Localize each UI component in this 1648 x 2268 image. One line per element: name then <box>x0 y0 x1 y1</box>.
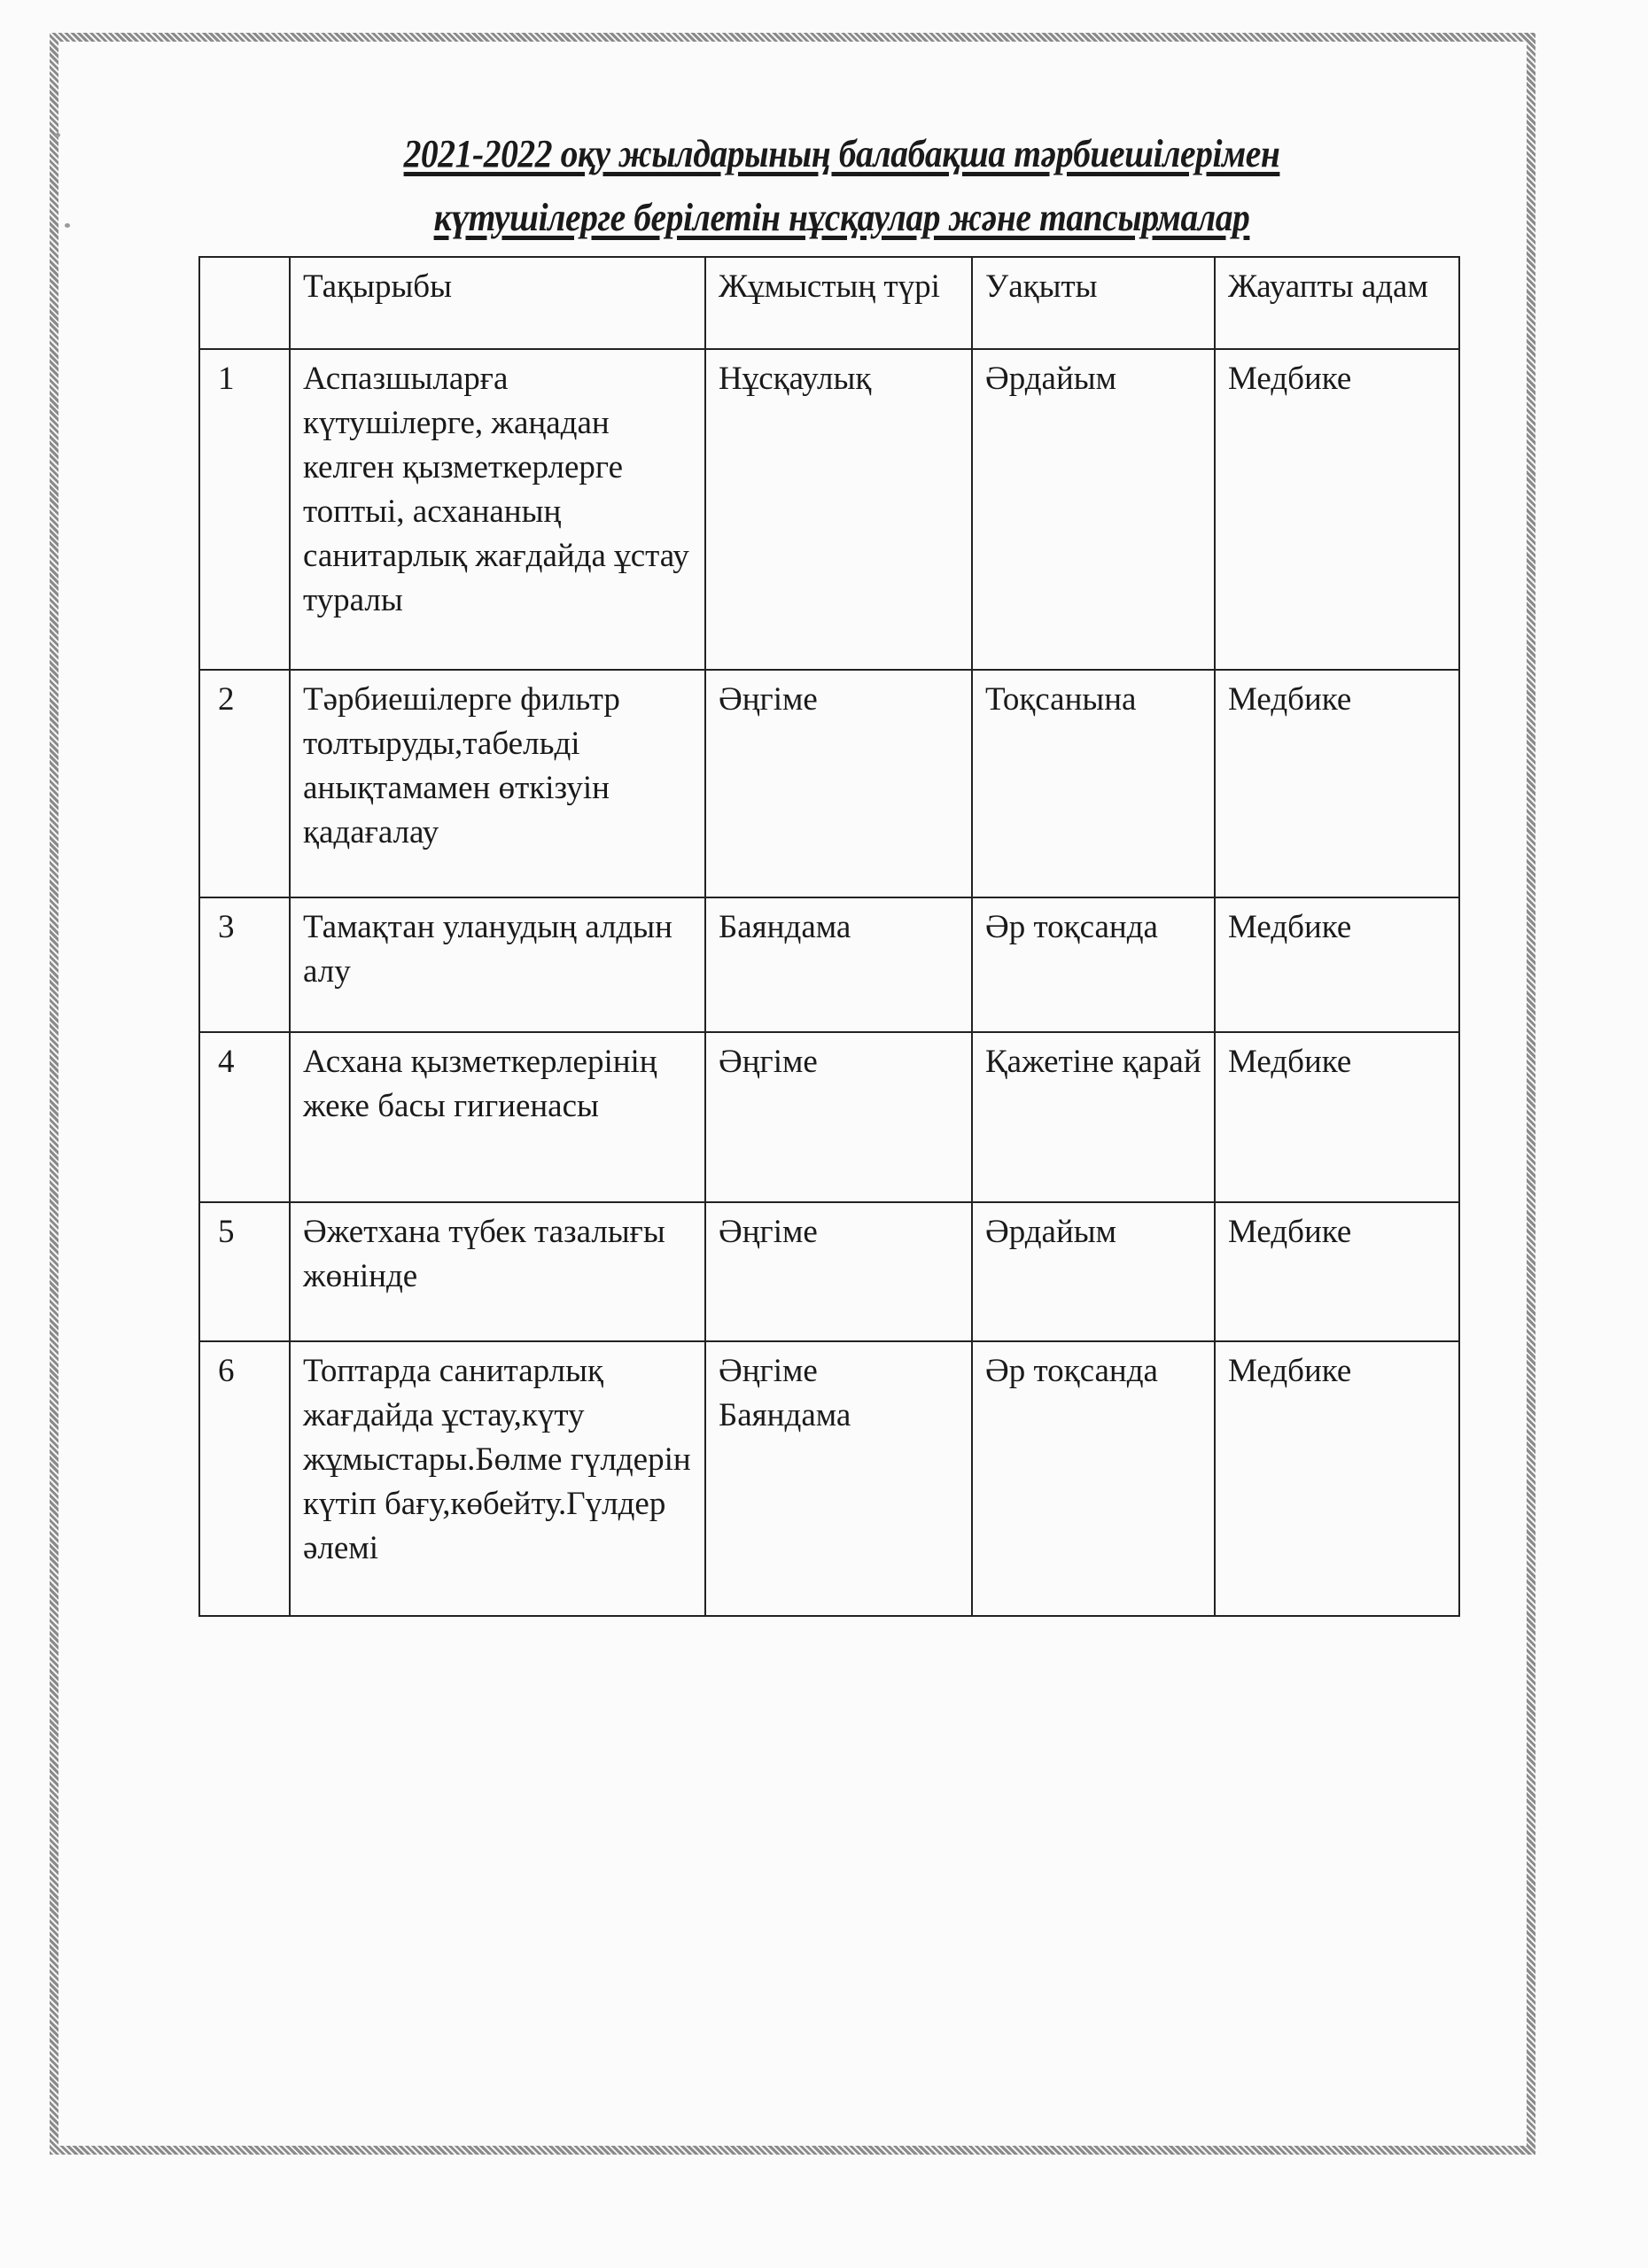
row-time: Әрдайым <box>972 349 1215 670</box>
header-work-type: Жұмыстың түрі <box>705 257 972 349</box>
row-time: Әрдайым <box>972 1202 1215 1341</box>
scan-speck <box>55 133 60 137</box>
row-topic: Топтарда санитарлық жағдайда ұстау,күту … <box>290 1341 705 1616</box>
row-number: 6 <box>199 1341 290 1616</box>
header-responsible: Жауапты адам <box>1215 257 1459 349</box>
table-row: 3 Тамақтан уланудың алдын алу Баяндама Ә… <box>199 897 1459 1032</box>
row-work-type: Баяндама <box>705 897 972 1032</box>
row-time: Әр тоқсанда <box>972 1341 1215 1616</box>
instructions-table: Тақырыбы Жұмыстың түрі Уақыты Жауапты ад… <box>198 256 1460 1617</box>
table-row: 6 Топтарда санитарлық жағдайда ұстау,күт… <box>199 1341 1459 1616</box>
row-topic: Аспазшыларға күтушілерге, жаңадан келген… <box>290 349 705 670</box>
row-work-type: Әңгіме Баяндама <box>705 1341 972 1616</box>
table-header-row: Тақырыбы Жұмыстың түрі Уақыты Жауапты ад… <box>199 257 1459 349</box>
row-number: 2 <box>199 670 290 897</box>
header-time: Уақыты <box>972 257 1215 349</box>
table-row: 1 Аспазшыларға күтушілерге, жаңадан келг… <box>199 349 1459 670</box>
row-number: 4 <box>199 1032 290 1202</box>
table-row: 2 Тәрбиешілерге фильтр толтыруды,табельд… <box>199 670 1459 897</box>
row-topic: Тамақтан уланудың алдын алу <box>290 897 705 1032</box>
header-topic: Тақырыбы <box>290 257 705 349</box>
row-responsible: Медбике <box>1215 897 1459 1032</box>
row-topic: Асхана қызметкерлерінің жеке басы гигиен… <box>290 1032 705 1202</box>
row-work-type: Әңгіме <box>705 1202 972 1341</box>
title-line-1: 2021-2022 оқу жылдарының балабақша тәрби… <box>323 122 1360 186</box>
row-responsible: Медбике <box>1215 1032 1459 1202</box>
row-work-type: Әңгіме <box>705 670 972 897</box>
row-responsible: Медбике <box>1215 1341 1459 1616</box>
scan-speck <box>65 223 70 228</box>
row-time: Тоқсанына <box>972 670 1215 897</box>
row-time: Әр тоқсанда <box>972 897 1215 1032</box>
row-number: 1 <box>199 349 290 670</box>
header-number <box>199 257 290 349</box>
row-responsible: Медбике <box>1215 670 1459 897</box>
title-line-2: күтушілерге берілетін нұсқаулар және тап… <box>323 186 1360 250</box>
row-work-type: Әңгіме <box>705 1032 972 1202</box>
row-topic: Тәрбиешілерге фильтр толтыруды,табельді … <box>290 670 705 897</box>
document-title: 2021-2022 оқу жылдарының балабақша тәрби… <box>323 122 1360 250</box>
row-responsible: Медбике <box>1215 349 1459 670</box>
row-number: 3 <box>199 897 290 1032</box>
row-work-type: Нұсқаулық <box>705 349 972 670</box>
row-responsible: Медбике <box>1215 1202 1459 1341</box>
row-time: Қажетіне қарай <box>972 1032 1215 1202</box>
row-number: 5 <box>199 1202 290 1341</box>
table-row: 5 Әжетхана түбек тазалығы жөнінде Әңгіме… <box>199 1202 1459 1341</box>
row-topic: Әжетхана түбек тазалығы жөнінде <box>290 1202 705 1341</box>
table-row: 4 Асхана қызметкерлерінің жеке басы гиги… <box>199 1032 1459 1202</box>
